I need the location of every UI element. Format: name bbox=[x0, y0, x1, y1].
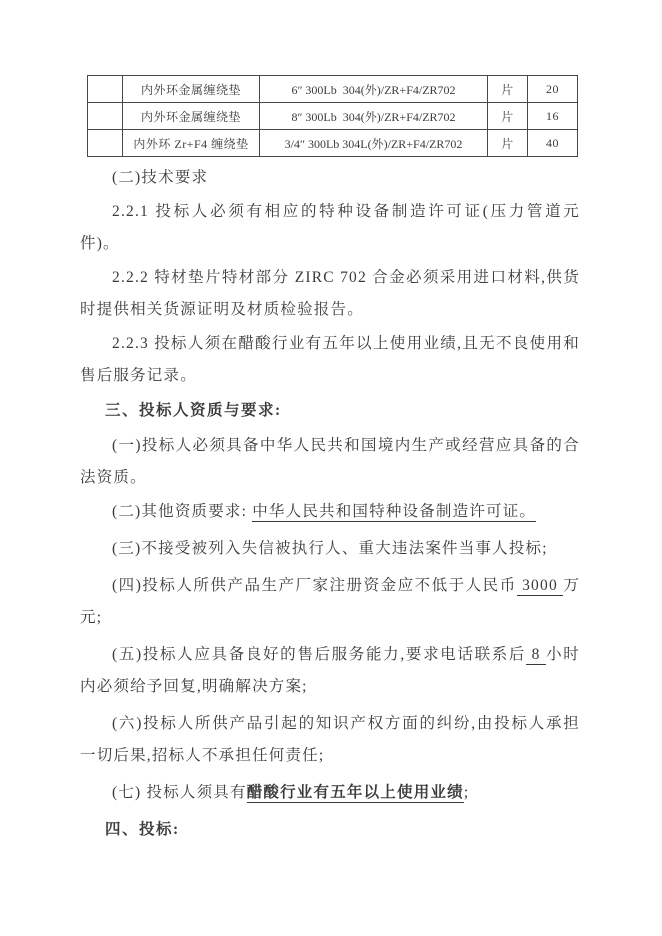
materials-table: 内外环金属缠绕垫6″ 300Lb 304(外)/ZR+F4/ZR702片20内外… bbox=[87, 75, 578, 157]
table-cell-index bbox=[88, 130, 123, 157]
table-cell-name: 内外环金属缠绕垫 bbox=[123, 76, 260, 103]
text-segment: (二)其他资质要求: bbox=[112, 503, 252, 520]
text-segment: (二)技术要求 bbox=[112, 169, 208, 186]
table-cell-unit: 片 bbox=[488, 76, 528, 103]
document-body: (二)技术要求2.2.1 投标人必须有相应的特种设备制造许可证(压力管道元件)。… bbox=[80, 162, 580, 849]
qualification-item-7: (七) 投标人须具有醋酸行业有五年以上使用业绩; bbox=[80, 777, 580, 809]
table-row: 内外环金属缠绕垫6″ 300Lb 304(外)/ZR+F4/ZR702片20 bbox=[88, 76, 578, 103]
text-segment: (三)不接受被列入失信被执行人、重大违法案件当事人投标; bbox=[112, 540, 548, 557]
text-segment: 2.2.1 投标人必须有相应的特种设备制造许可证(压力管道元件)。 bbox=[80, 203, 580, 252]
text-segment: 2.2.3 投标人须在醋酸行业有五年以上使用业绩,且无不良使用和售后服务记录。 bbox=[80, 335, 580, 384]
table-cell-spec: 3/4″ 300Lb 304L(外)/ZR+F4/ZR702 bbox=[260, 130, 488, 157]
qualification-item-6: (六)投标人所供产品引起的知识产权方面的纠纷,由投标人承担一切后果,招标人不承担… bbox=[80, 708, 580, 772]
table-cell-index bbox=[88, 76, 123, 103]
table-cell-qty: 40 bbox=[528, 130, 578, 157]
qualification-item-1: (一)投标人必须具备中华人民共和国境内生产或经营应具备的合法资质。 bbox=[80, 430, 580, 494]
table-cell-spec: 6″ 300Lb 304(外)/ZR+F4/ZR702 bbox=[260, 76, 488, 103]
clause-2-2-2: 2.2.2 特材垫片特材部分 ZIRC 702 合金必须采用进口材料,供货时提供… bbox=[80, 262, 580, 326]
table-cell-spec: 8″ 300Lb 304(外)/ZR+F4/ZR702 bbox=[260, 103, 488, 130]
clause-2-2-3: 2.2.3 投标人须在醋酸行业有五年以上使用业绩,且无不良使用和售后服务记录。 bbox=[80, 328, 580, 392]
text-segment: ; bbox=[464, 784, 470, 801]
text-segment: (四)投标人所供产品生产厂家注册资金应不低于人民币 bbox=[112, 577, 517, 594]
text-segment: (七) 投标人须具有 bbox=[112, 784, 247, 801]
table-cell-name: 内外环金属缠绕垫 bbox=[123, 103, 260, 130]
qualification-item-2: (二)其他资质要求: 中华人民共和国特种设备制造许可证。 bbox=[80, 496, 580, 528]
text-segment: 2.2.2 特材垫片特材部分 ZIRC 702 合金必须采用进口材料,供货时提供… bbox=[80, 269, 580, 318]
table-row: 内外环 Zr+F4 缠绕垫3/4″ 300Lb 304L(外)/ZR+F4/ZR… bbox=[88, 130, 578, 157]
tech-requirements-subheading: (二)技术要求 bbox=[80, 162, 580, 194]
table-cell-unit: 片 bbox=[488, 103, 528, 130]
table-cell-unit: 片 bbox=[488, 130, 528, 157]
text-segment: (一)投标人必须具备中华人民共和国境内生产或经营应具备的合法资质。 bbox=[80, 437, 580, 486]
qualification-item-3: (三)不接受被列入失信被执行人、重大违法案件当事人投标; bbox=[80, 533, 580, 565]
underlined-text: 中华人民共和国特种设备制造许可证。 bbox=[252, 503, 536, 522]
underlined-text: 3000 bbox=[517, 577, 564, 596]
table-cell-qty: 16 bbox=[528, 103, 578, 130]
materials-table-body: 内外环金属缠绕垫6″ 300Lb 304(外)/ZR+F4/ZR702片20内外… bbox=[88, 76, 578, 157]
document-page: 内外环金属缠绕垫6″ 300Lb 304(外)/ZR+F4/ZR702片20内外… bbox=[0, 0, 662, 936]
table-cell-index bbox=[88, 103, 123, 130]
table-cell-name: 内外环 Zr+F4 缠绕垫 bbox=[123, 130, 260, 157]
qualification-item-5: (五)投标人应具备良好的售后服务能力,要求电话联系后 8 小时内必须给予回复,明… bbox=[80, 639, 580, 703]
text-segment: 三、投标人资质与要求: bbox=[105, 402, 282, 419]
section-4-heading: 四、投标: bbox=[80, 814, 580, 846]
table-row: 内外环金属缠绕垫8″ 300Lb 304(外)/ZR+F4/ZR702片16 bbox=[88, 103, 578, 130]
underlined-text: 醋酸行业有五年以上使用业绩 bbox=[247, 784, 464, 803]
text-segment: 四、投标: bbox=[105, 821, 180, 838]
section-3-heading: 三、投标人资质与要求: bbox=[80, 395, 580, 427]
clause-2-2-1: 2.2.1 投标人必须有相应的特种设备制造许可证(压力管道元件)。 bbox=[80, 196, 580, 260]
table-cell-qty: 20 bbox=[528, 76, 578, 103]
qualification-item-4: (四)投标人所供产品生产厂家注册资金应不低于人民币 3000 万元; bbox=[80, 570, 580, 634]
text-segment: (六)投标人所供产品引起的知识产权方面的纠纷,由投标人承担一切后果,招标人不承担… bbox=[80, 715, 580, 764]
underlined-text: 8 bbox=[526, 646, 546, 665]
text-segment: (五)投标人应具备良好的售后服务能力,要求电话联系后 bbox=[112, 646, 526, 663]
